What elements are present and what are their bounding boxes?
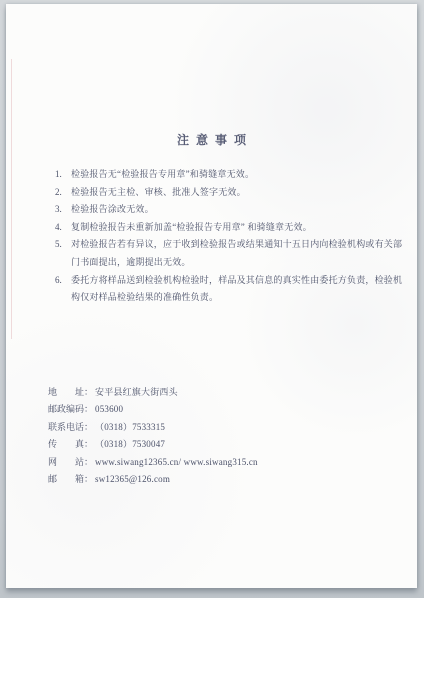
contact-row-phone: 联系电话： （0318）7533315 (48, 419, 388, 436)
item-text: 复制检验报告未重新加盖“检验报告专用章” 和骑缝章无效。 (71, 219, 409, 237)
notice-item-3: 3. 检验报告涂改无效。 (55, 201, 409, 219)
scanned-page: 注意事项 1. 检验报告无“检验报告专用章”和骑缝章无效。 2. 检验报告无主检… (6, 4, 417, 588)
contact-row-postcode: 邮政编码： 053600 (48, 401, 388, 418)
scan-artifact-line (11, 59, 12, 339)
notice-item-6: 6. 委托方将样品送到检验机构检验时，样品及其信息的真实性由委托方负责，检验机构… (55, 272, 409, 307)
contact-row-fax: 传 真： （0318）7530047 (48, 436, 388, 453)
contact-label: 地 址： (48, 384, 95, 401)
contact-value-address: 安平县红旗大街西头 (95, 384, 388, 401)
item-number: 1. (55, 166, 71, 184)
item-number: 3. (55, 201, 71, 219)
contact-block: 地 址： 安平县红旗大街西头 邮政编码： 053600 联系电话： （0318）… (48, 384, 388, 488)
notice-list: 1. 检验报告无“检验报告专用章”和骑缝章无效。 2. 检验报告无主检、审核、批… (55, 166, 409, 307)
notice-item-5: 5. 对检验报告若有异议，应于收到检验报告或结果通知十五日内向检验机构或有关部门… (55, 236, 409, 271)
item-text: 检验报告无“检验报告专用章”和骑缝章无效。 (71, 166, 409, 184)
item-text: 检验报告涂改无效。 (71, 201, 409, 219)
notice-item-1: 1. 检验报告无“检验报告专用章”和骑缝章无效。 (55, 166, 409, 184)
item-number: 4. (55, 219, 71, 237)
contact-value-email: sw12365@126.com (95, 471, 388, 488)
contact-row-email: 邮 箱： sw12365@126.com (48, 471, 388, 488)
notice-item-4: 4. 复制检验报告未重新加盖“检验报告专用章” 和骑缝章无效。 (55, 219, 409, 237)
item-text: 检验报告无主检、审核、批准人签字无效。 (71, 184, 409, 202)
page-title: 注意事项 (6, 131, 417, 148)
item-number: 6. (55, 272, 71, 290)
contact-label: 邮 箱： (48, 471, 95, 488)
contact-value-fax: （0318）7530047 (95, 436, 388, 453)
item-number: 5. (55, 236, 71, 254)
contact-label: 联系电话： (48, 419, 95, 436)
contact-value-phone: （0318）7533315 (95, 419, 388, 436)
contact-label: 邮政编码： (48, 401, 95, 418)
contact-value-website: www.siwang12365.cn/ www.siwang315.cn (95, 454, 388, 471)
item-text: 对检验报告若有异议，应于收到检验报告或结果通知十五日内向检验机构或有关部门书面提… (71, 236, 409, 271)
contact-label: 网 站： (48, 454, 95, 471)
scan-view: 注意事项 1. 检验报告无“检验报告专用章”和骑缝章无效。 2. 检验报告无主检… (0, 0, 424, 700)
contact-row-address: 地 址： 安平县红旗大街西头 (48, 384, 388, 401)
contact-row-website: 网 站： www.siwang12365.cn/ www.siwang315.c… (48, 454, 388, 471)
notice-item-2: 2. 检验报告无主检、审核、批准人签字无效。 (55, 184, 409, 202)
item-text: 委托方将样品送到检验机构检验时，样品及其信息的真实性由委托方负责，检验机构仅对样… (71, 272, 409, 307)
contact-value-postcode: 053600 (95, 401, 388, 418)
contact-label: 传 真： (48, 436, 95, 453)
item-number: 2. (55, 184, 71, 202)
